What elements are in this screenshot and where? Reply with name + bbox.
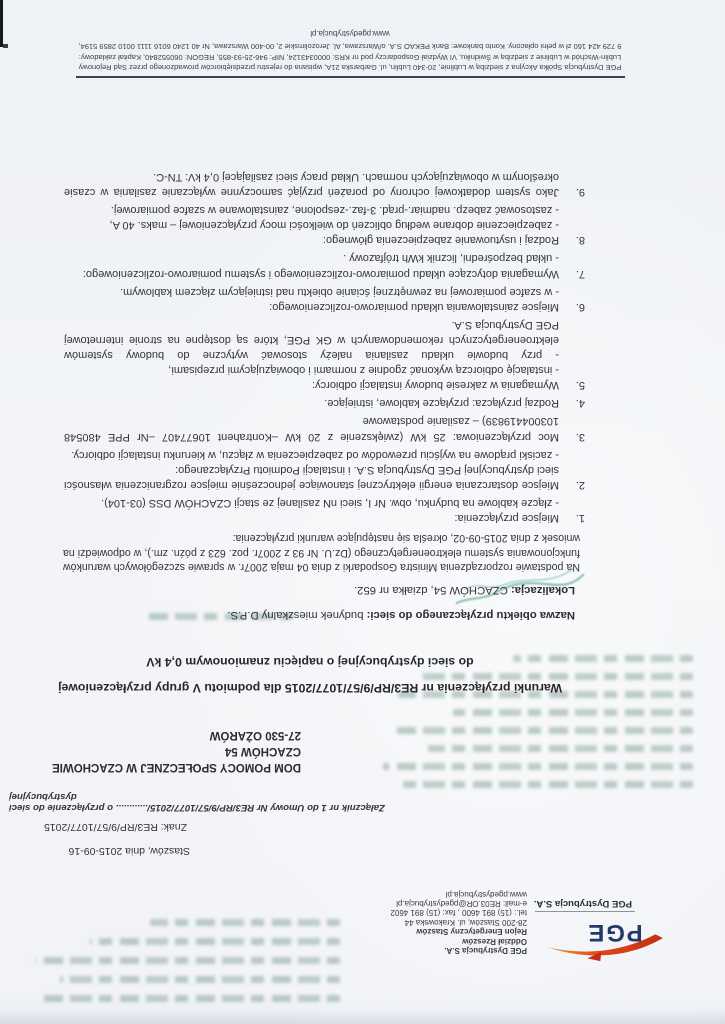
- condition-subitem: - zabezpieczenie dobrane według obliczeń…: [64, 217, 559, 232]
- condition-number: 1.: [559, 495, 585, 525]
- condition-number: 9.: [559, 169, 585, 199]
- pge-logo-text: PGE: [587, 919, 643, 946]
- object-name-line: Nazwa obiektu przyłączanego do sieci: bu…: [227, 609, 575, 621]
- header-address-line: tel.: (15) 891 4600 , fax: (15) 891 4602: [390, 908, 527, 917]
- scan-shadow-band: [0, 1010, 725, 1024]
- header-address-line: Rejon Energetyczny Staszów: [390, 927, 527, 936]
- condition-number: 3.: [559, 413, 585, 443]
- footer-line: PGE Dystrybucja Spółka Akcyjna z siedzib…: [45, 62, 655, 72]
- condition-item: 3. Moc przyłączeniowa: 25 kW (zwiększeni…: [64, 413, 585, 443]
- document-title: Warunki przyłączenia nr RE3/RP/9/57/1077…: [45, 681, 575, 695]
- condition-text: Miejsce dostarczania energii elektryczne…: [64, 462, 559, 492]
- condition-text: Miejsce przyłączenia:: [64, 510, 559, 525]
- condition-item: 7. Wymagania dotyczące układu pomiarowo-…: [64, 250, 585, 280]
- footer-registry-block: PGE Dystrybucja Spółka Akcyjna z siedzib…: [45, 41, 655, 72]
- condition-item: 2. Miejsce dostarczania energii elektryc…: [64, 447, 585, 492]
- condition-subitem: - zastosować zabezp. nadmiar.-prąd. 3-fa…: [64, 202, 559, 217]
- condition-text: Rodzaj przyłącza: przyłącze kablowe, ist…: [64, 395, 559, 410]
- condition-text: Miejsce zainstalowania układu pomiarowo-…: [64, 299, 559, 314]
- location-value: CZACHÓW 54, działka nr 652.: [354, 584, 508, 596]
- header-website-line: www.pgedystrybucja.pl: [390, 889, 527, 898]
- company-name-label: PGE Dystrybucja S.A.: [534, 898, 632, 909]
- condition-subitem: - w szafce pomiarowej na zewnętrznej ści…: [64, 284, 559, 299]
- condition-text: Wymagania w zakresie budowy instalacji o…: [64, 377, 559, 392]
- recipient-address: CZACHÓW 54: [52, 743, 301, 759]
- logo-divider-line: [535, 911, 635, 912]
- header-address-line: e-mail: RE03.OR@pgedystrybucja.pl: [390, 899, 527, 908]
- attachment-note: Załącznik nr 1 do Umowy Nr RE3/RP/9/57/1…: [9, 791, 425, 813]
- condition-item: 4. Rodzaj przyłącza: przyłącze kablowe, …: [64, 395, 585, 410]
- footer-divider-line: [76, 76, 625, 78]
- condition-number: 2.: [559, 447, 585, 492]
- conditions-list: 1. Miejsce przyłączenia: - złącze kablow…: [64, 166, 585, 525]
- condition-item: 5. Wymagania w zakresie budowy instalacj…: [64, 317, 585, 392]
- condition-item: 8. Rodzaj i usytuowanie zabezpieczenia g…: [64, 202, 585, 247]
- document-subtitle: do sieci dystrybucyjnej o napięciu znami…: [45, 655, 575, 669]
- object-name-label: Nazwa obiektu przyłączanego do sieci:: [367, 609, 575, 621]
- location-line: Lokalizacja: CZACHÓW 54, działka nr 652.: [354, 584, 575, 596]
- date-line: Staszów, dnia 2015-09-16: [69, 845, 190, 857]
- recipient-block: DOM POMOCY SPOŁECZNEJ W CZACHOWIE CZACHÓ…: [52, 727, 301, 775]
- object-name-value: budynek mieszkalny D.P.S.: [227, 609, 363, 621]
- footer-website: www.pgedystrybucja.pl: [45, 29, 655, 38]
- condition-text: Rodzaj i usytuowanie zabezpieczenia głów…: [64, 232, 559, 247]
- intro-paragraph: Na podstawie rozporządzenia Ministra Gos…: [63, 531, 580, 574]
- condition-number: 6.: [559, 284, 585, 314]
- condition-text: Moc przyłączeniowa: 25 kW (zwiększenie z…: [64, 413, 559, 443]
- condition-text: Wymagania dotyczące układu pomiarowo-roz…: [64, 266, 559, 281]
- condition-subitem: - układ bezpośredni, licznik kWh trójfaz…: [64, 250, 559, 265]
- scan-edge-artifact: [0, 0, 3, 47]
- condition-text: Jako system dodatkowej ochrony od poraże…: [64, 169, 559, 199]
- condition-subitem: - zaciski prądowe na wyjściu przewodów o…: [64, 447, 559, 462]
- header-address-line: Oddział Rzeszów: [390, 936, 527, 945]
- bleedthrough-text-block: [30, 907, 340, 1002]
- condition-subitem: - złącze kablowe na budynku, obw. Nr I, …: [64, 495, 559, 510]
- condition-item: 9. Jako system dodatkowej ochrony od por…: [64, 169, 585, 199]
- condition-item: 6. Miejsce zainstalowania układu pomiaro…: [64, 284, 585, 314]
- recipient-city: 27-530 OŻARÓW: [52, 727, 301, 743]
- condition-item: 1. Miejsce przyłączenia: - złącze kablow…: [64, 495, 585, 525]
- condition-number: 8.: [559, 202, 585, 247]
- footer-line: Lublin-Wschód w Lublinie z siedzibą w Św…: [45, 51, 655, 61]
- header-address-line: 28-200 Staszów, ul. Krakowska 44: [390, 917, 527, 926]
- header-address-block: PGE Dystrybucja S.A. Oddział Rzeszów Rej…: [390, 889, 527, 955]
- header-address-line: PGE Dystrybucja S.A.: [390, 946, 527, 955]
- location-label: Lokalizacja:: [511, 584, 575, 596]
- reference-number-line: Znak: RE3/RP/9/57/1077/2015: [44, 821, 187, 833]
- scan-edge-artifact-dot: [3, 44, 8, 48]
- pge-logo: PGE: [538, 916, 670, 962]
- scanned-document-page-rotated-180: PGE PGE Dystrybucja S.A. PGE Dystrybucja…: [0, 0, 725, 1024]
- condition-subitem: - przy budowie układu zasilania należy s…: [64, 317, 559, 362]
- condition-number: 4.: [559, 395, 585, 410]
- recipient-name: DOM POMOCY SPOŁECZNEJ W CZACHOWIE: [52, 759, 301, 775]
- condition-subitem: - instalację odbiorczą wykonać zgodnie z…: [64, 362, 559, 377]
- footer-line: 9 729 424 160 zł w pełni opłacony. Konto…: [45, 41, 655, 51]
- condition-number: 5.: [559, 317, 585, 392]
- condition-number: 7.: [559, 250, 585, 280]
